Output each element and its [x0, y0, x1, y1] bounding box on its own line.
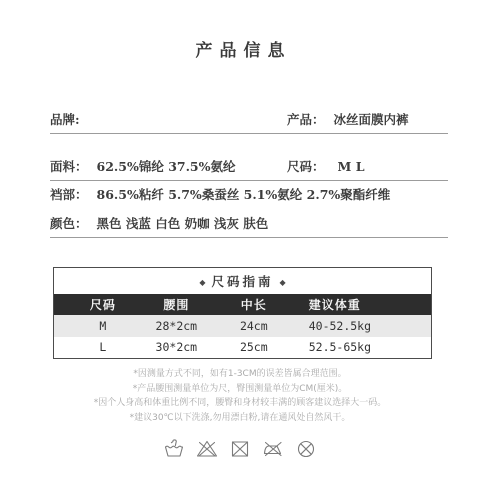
page-title: 产品信息 — [0, 36, 480, 61]
color-row: 颜色： 黑色 浅蓝 白色 奶咖 浅灰 肤色 — [50, 215, 448, 238]
crotch-value: 86.5%粘纤 5.7%桑蚕丝 5.1%氨纶 2.7%聚酯纤维 — [97, 186, 391, 203]
fabric-value: 62.5%锦纶 37.5%氨纶 — [97, 158, 236, 175]
diamond-icon: ◆ — [193, 277, 211, 287]
cell-length: 25cm — [201, 337, 307, 359]
footnote: *建议30℃以下洗涤,勿用漂白粉,请在通风处自然风干。 — [0, 411, 480, 426]
cell-waist: 30*2cm — [152, 337, 201, 359]
size-guide-caption: ◆尺码指南◆ — [54, 268, 432, 294]
color-value: 黑色 浅蓝 白色 奶咖 浅灰 肤色 — [97, 215, 269, 232]
footnote: *因测量方式不同，如有1-3CM的误差皆属合理范围。 — [0, 367, 480, 382]
care-icons-row — [0, 438, 480, 464]
col-header-weight: 建议体重 — [307, 294, 432, 315]
col-header-waist: 腰围 — [152, 294, 201, 315]
fabric-field: 面料： 62.5%锦纶 37.5%氨纶 — [50, 158, 287, 175]
cell-size: M — [54, 315, 152, 337]
col-header-length: 中长 — [201, 294, 307, 315]
fabric-label: 面料： — [50, 158, 88, 175]
do-not-bleach-icon — [196, 438, 218, 464]
size-guide-caption-row: ◆尺码指南◆ — [54, 268, 432, 294]
table-header-row: 尺码 腰围 中长 建议体重 — [54, 294, 432, 315]
col-header-size: 尺码 — [54, 294, 152, 315]
table-row-m: M 28*2cm 24cm 40-52.5kg — [54, 315, 432, 337]
brand-label: 品牌: — [50, 111, 80, 128]
product-info-page: 产品信息 品牌: 产品： 冰丝面膜内裤 面料： 62.5%锦纶 37.5%氨纶 … — [0, 0, 480, 480]
size-guide-table: ◆尺码指南◆ 尺码 腰围 中长 建议体重 M 28*2cm 24cm 40-52… — [53, 267, 432, 359]
footnote: *因个人身高和体重比例不同，腰臀和身材较丰满的顾客建议选择大一码。 — [0, 396, 480, 411]
brand-field: 品牌: — [50, 111, 287, 128]
diamond-icon: ◆ — [274, 277, 292, 287]
do-not-iron-icon — [262, 438, 284, 464]
cell-size: L — [54, 337, 152, 359]
crotch-row: 裆部： 86.5%粘纤 5.7%桑蚕丝 5.1%氨纶 2.7%聚酯纤维 — [50, 186, 448, 203]
crotch-label: 裆部： — [50, 186, 88, 203]
hand-wash-icon — [163, 438, 185, 464]
cell-weight: 40-52.5kg — [307, 315, 432, 337]
do-not-dry-clean-icon — [295, 438, 317, 464]
size-label: 尺码： — [287, 158, 325, 175]
footnotes: *因测量方式不同，如有1-3CM的误差皆属合理范围。 *产品腰围测量单位为尺，臀… — [0, 367, 480, 425]
product-value: 冰丝面膜内裤 — [334, 111, 409, 128]
product-label: 产品： — [287, 111, 325, 128]
do-not-tumble-dry-icon — [229, 438, 251, 464]
size-value: M L — [338, 158, 365, 175]
cell-waist: 28*2cm — [152, 315, 201, 337]
size-guide-title: 尺码指南 — [211, 274, 273, 289]
cell-length: 24cm — [201, 315, 307, 337]
cell-weight: 52.5-65kg — [307, 337, 432, 359]
color-label: 颜色： — [50, 215, 88, 232]
size-field: 尺码： M L — [287, 158, 448, 175]
brand-product-row: 品牌: 产品： 冰丝面膜内裤 — [50, 111, 448, 134]
footnote: *产品腰围测量单位为尺，臀围测量单位为CM(厘米)。 — [0, 382, 480, 397]
fabric-size-row: 面料： 62.5%锦纶 37.5%氨纶 尺码： M L — [50, 158, 448, 181]
table-row-l: L 30*2cm 25cm 52.5-65kg — [54, 337, 432, 359]
product-field: 产品： 冰丝面膜内裤 — [287, 111, 448, 128]
